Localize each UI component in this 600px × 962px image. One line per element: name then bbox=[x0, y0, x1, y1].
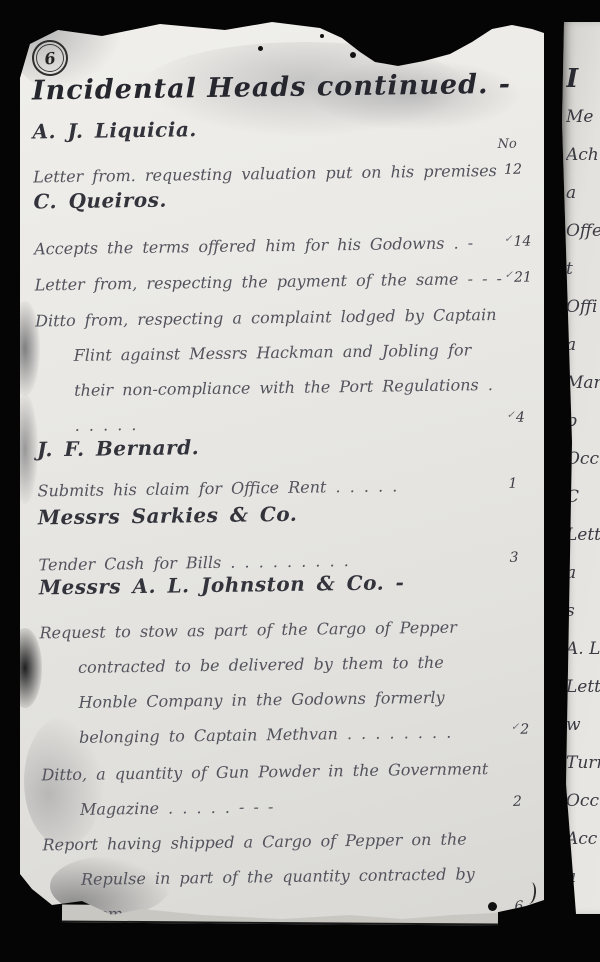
facing-page-line: Me bbox=[566, 98, 600, 136]
facing-page-line: a bbox=[566, 326, 600, 364]
tick-mark: ✓ bbox=[506, 410, 515, 421]
entry-number-cell: ✓21 bbox=[504, 260, 536, 296]
entry-number-cell: ✓2 bbox=[511, 712, 543, 748]
facing-page-line: w bbox=[566, 706, 600, 744]
facing-page-line: Occ bbox=[566, 440, 600, 478]
facing-page-line: Offi bbox=[566, 288, 600, 326]
entry-number-cell: 2 bbox=[512, 784, 544, 820]
facing-page-line: a bbox=[566, 174, 600, 212]
tick-mark: ✓ bbox=[511, 722, 520, 733]
number-column-header: No bbox=[497, 137, 516, 152]
entry-number-cell: 1 bbox=[507, 466, 539, 502]
entry-number: 3 bbox=[509, 550, 518, 566]
facing-page-line: Turn bbox=[566, 744, 600, 782]
entry-text: Ditto, a quantity of Gun Powder in the G… bbox=[41, 751, 512, 828]
entry-number: 14 bbox=[513, 234, 531, 250]
entry-number: 1 bbox=[508, 476, 517, 492]
facing-page-line: Offer bbox=[566, 212, 600, 250]
entry-number: 21 bbox=[514, 270, 532, 286]
facing-page-line: t bbox=[566, 250, 600, 288]
facing-page-line: p bbox=[566, 402, 600, 440]
entry-number: 2 bbox=[520, 722, 529, 738]
facing-page-line: I bbox=[566, 60, 600, 98]
tick-mark: ✓ bbox=[505, 270, 514, 281]
index-entry: Ditto, a quantity of Gun Powder in the G… bbox=[41, 750, 544, 827]
entry-name: A. J. Liquicia. bbox=[32, 112, 534, 143]
facing-page-line: Occup bbox=[566, 782, 600, 820]
entry-name-heading: A. J. Liquicia. bbox=[32, 112, 534, 143]
index-entry: Ditto from, respecting a complaint lodge… bbox=[35, 296, 539, 443]
entry-number-cell: ✓14 bbox=[504, 224, 536, 260]
facing-page-line: a bbox=[566, 858, 600, 896]
facing-page-line: Mar bbox=[566, 364, 600, 402]
entry-number: 2 bbox=[513, 794, 522, 810]
entry-text: Ditto from, respecting a complaint lodge… bbox=[35, 297, 507, 444]
facing-page-line: s bbox=[566, 592, 600, 630]
facing-page-line: Acc bbox=[566, 820, 600, 858]
facing-page-text-column: I Me Ach a Offer t Offi a Mar p Occ C Le… bbox=[566, 60, 600, 896]
tick-mark: ✓ bbox=[504, 234, 513, 245]
page-title: Incidental Heads continued. - bbox=[32, 69, 530, 107]
facing-page-line: Letter bbox=[566, 668, 600, 706]
page-content: Incidental Heads continued. - No A. J. L… bbox=[15, 12, 552, 923]
manuscript-photo: 6 Incidental Heads continued. - No A. J.… bbox=[0, 0, 600, 962]
facing-page-line: C bbox=[566, 478, 600, 516]
entry-number: 4 bbox=[516, 410, 525, 426]
index-entry: Request to stow as part of the Cargo of … bbox=[39, 608, 543, 755]
facing-page-edge: I Me Ach a Offer t Offi a Mar p Occ C Le… bbox=[556, 22, 600, 914]
entry-number: 6 bbox=[514, 899, 523, 915]
facing-page-line: Lette bbox=[566, 516, 600, 554]
facing-page-line: Ach bbox=[566, 136, 600, 174]
entry-number-cell: 6 bbox=[513, 889, 545, 925]
facing-page-line: a bbox=[566, 554, 600, 592]
facing-page-line: A. L bbox=[566, 630, 600, 668]
manuscript-page: 6 Incidental Heads continued. - No A. J.… bbox=[20, 16, 544, 920]
entry-number: 12 bbox=[504, 162, 522, 178]
entry-text: Request to stow as part of the Cargo of … bbox=[39, 609, 511, 756]
